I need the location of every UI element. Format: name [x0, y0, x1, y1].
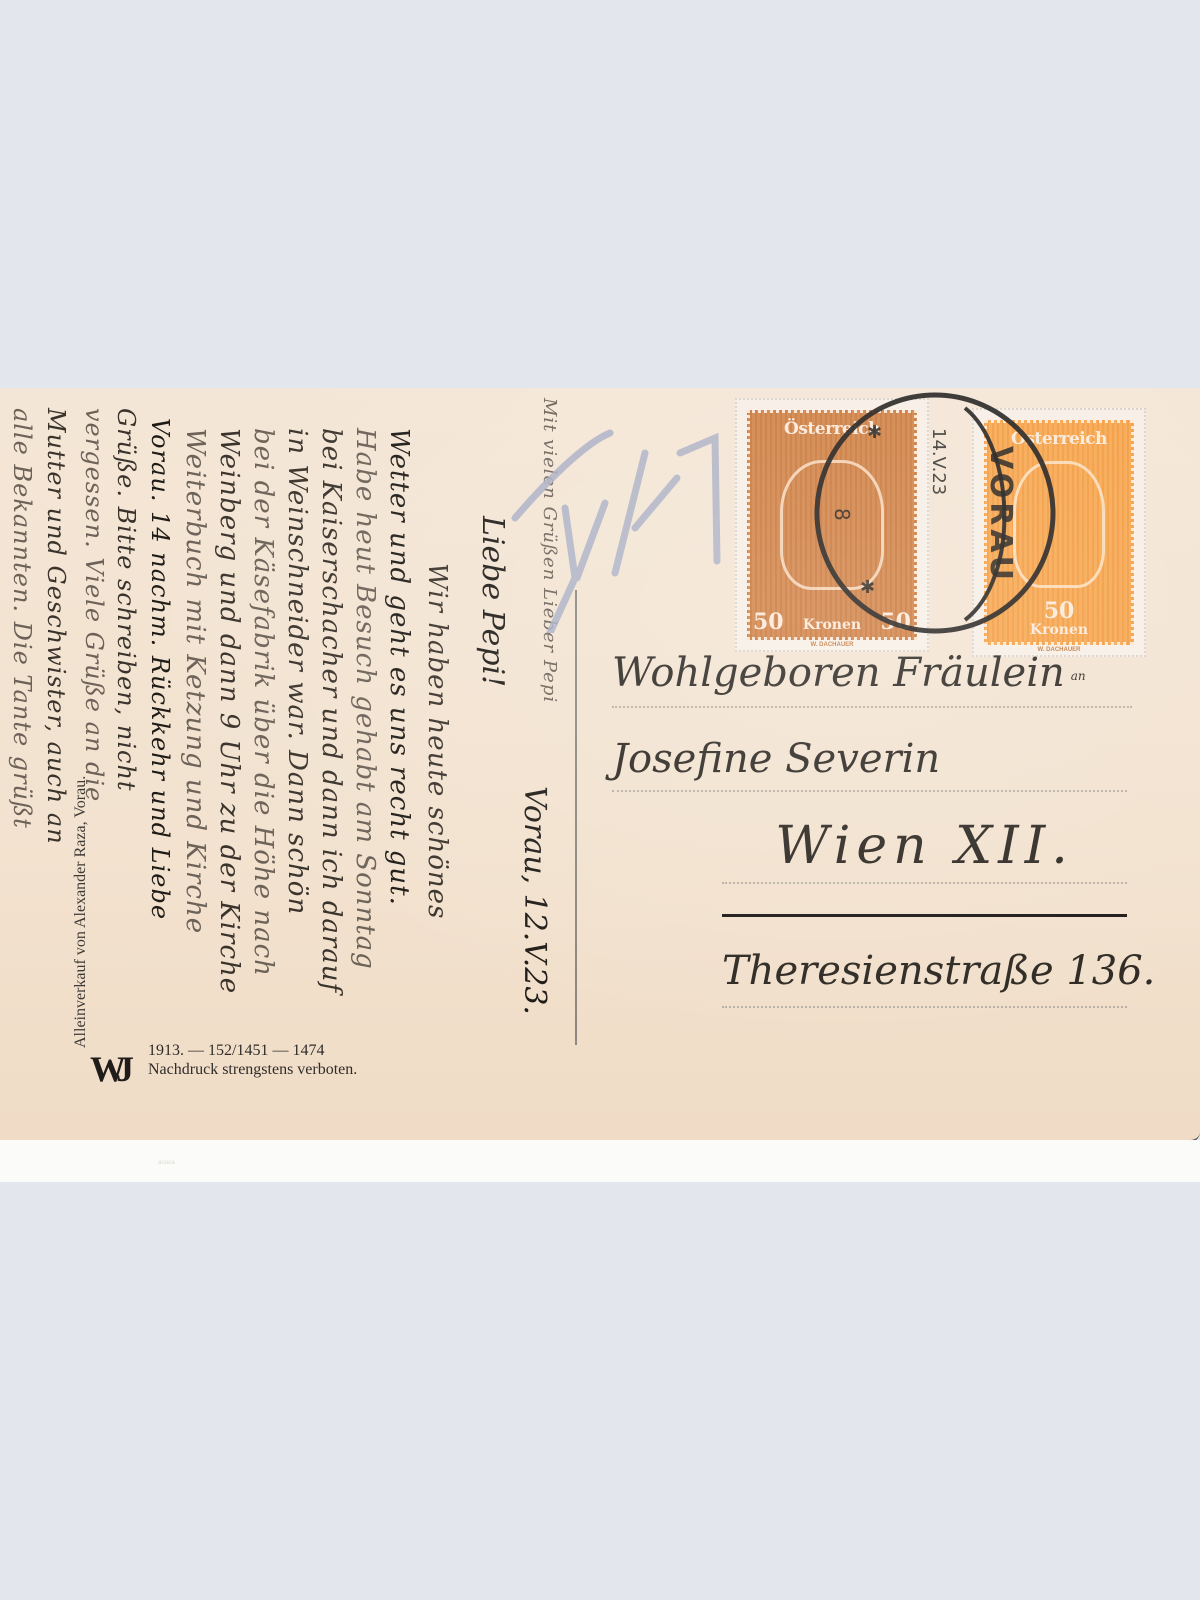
- divider-line: [575, 590, 577, 1045]
- message-line: Weinberg und dann 9 Uhr zu der Kirche: [214, 428, 244, 994]
- message-line: Habe heut Besuch gehabt am Sonntag: [350, 428, 380, 970]
- copyright-notice: Nachdruck strengstens verboten.: [148, 1060, 357, 1079]
- address-title: Wohlgeboren Fräulein: [612, 650, 1065, 696]
- stamp-designer: W. DACHAUER: [750, 642, 914, 648]
- postmark-date: 14.V.23: [928, 428, 949, 495]
- pencil-annotation: [495, 403, 735, 633]
- svg-text:✱: ✱: [867, 422, 882, 443]
- postcard-back: Mit vielen Grüßen Lieber Pepi Wir haben …: [0, 388, 1200, 1142]
- publisher-line: Alleinverkauf von Alexander Raza, Vorau.: [72, 776, 90, 1048]
- message-line: Wir haben heute schönes: [422, 563, 452, 919]
- message-area: Mit vielen Grüßen Lieber Pepi Wir haben …: [0, 388, 575, 1140]
- recipient-name: Josefine Severin: [612, 736, 940, 782]
- address-note: an: [1071, 669, 1086, 683]
- message-line: bei Kaiserschacher und dann ich darauf: [316, 428, 346, 993]
- recipient-street: Theresienstraße 136.: [722, 948, 1155, 994]
- stamp-value: 50: [753, 611, 784, 633]
- address-line-city: Wien XII.: [722, 816, 1127, 884]
- message-line: Grüße. Bitte schreiben, nicht: [112, 408, 140, 792]
- scan-edge-strip: ᵃᵒᵒᵒᵃ: [0, 1140, 1200, 1182]
- scan-smudge: ᵃᵒᵒᵒᵃ: [158, 1158, 175, 1168]
- place-date: Vorau, 12.V.23.: [517, 786, 552, 1015]
- postmark: 14.V.23 VORAU 8 ✱ ✱: [805, 388, 1065, 638]
- message-line: bei der Käsefabrik über die Höhe nach: [248, 428, 278, 977]
- city-underline: [722, 914, 1127, 917]
- address-line-street: Theresienstraße 136.: [722, 948, 1127, 1008]
- recipient-city: Wien XII.: [775, 816, 1074, 876]
- message-line: Vorau. 14 nachm. Rückkehr und Liebe: [146, 418, 174, 920]
- address-line-salutation: Wohlgeboren Fräuleinan: [612, 650, 1132, 708]
- message-line: alle Bekannten. Die Tante grüßt: [8, 408, 36, 829]
- message-line: Wetter und geht es uns recht gut.: [384, 428, 414, 906]
- publisher-logo: WJ: [90, 1048, 124, 1090]
- message-line: Mutter und Geschwister, auch an: [42, 408, 70, 845]
- address-line-name: Josefine Severin: [612, 736, 1127, 792]
- postmark-code: 8: [830, 508, 854, 521]
- message-line: vergessen. Viele Grüße an die: [80, 408, 108, 802]
- message-line: in Weinschneider war. Dann schön: [282, 428, 312, 915]
- message-line: Weiterbuch mit Ketzung und Kirche: [180, 428, 210, 934]
- print-footer: 1913. — 152/1451 — 1474 Nachdruck streng…: [148, 1041, 357, 1079]
- svg-text:✱: ✱: [860, 577, 875, 598]
- print-number: 1913. — 152/1451 — 1474: [148, 1041, 357, 1060]
- postmark-town: VORAU: [983, 446, 1018, 584]
